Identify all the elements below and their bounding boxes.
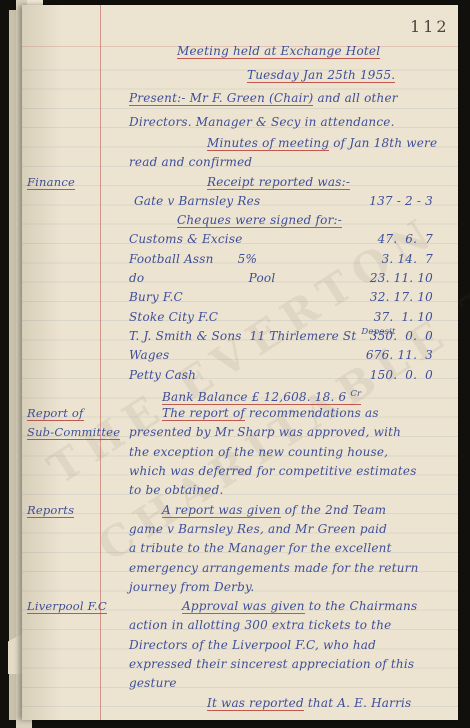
ledger-row: do Pool23. 11. 10: [25, 269, 447, 288]
ledger-amount: 3. 14. 7: [382, 250, 433, 269]
reports-line-row: a tribute to the Manager for the excelle…: [25, 539, 447, 558]
reports-rest: of the 2nd Team: [281, 503, 387, 517]
subcommittee-line: which was deferred for competitive estim…: [129, 464, 417, 478]
ledger-payee: T. J. Smith & Sons 11 Thirlemere St: [129, 329, 356, 343]
margin-label-reports: Reports: [27, 503, 74, 518]
subcommittee-line-row: to be obtained.: [25, 481, 447, 500]
margin-label-liverpool-fc: Liverpool F.C: [27, 599, 107, 614]
page-number: 112: [410, 17, 450, 37]
reports-line: emergency arrangements made for the retu…: [129, 561, 419, 575]
ledger-amount: 23. 11. 10: [370, 269, 433, 288]
liverpool-rest: to the Chairmans: [305, 599, 418, 613]
ledger-row: Wages676. 11. 3: [25, 346, 447, 365]
cheques-heading-row: Cheques were signed for:-: [25, 211, 447, 230]
ledger-payee: Petty Cash: [129, 368, 196, 382]
ledger-payee: Stoke City F.C: [129, 310, 218, 324]
subcommittee-lead: The report of: [162, 406, 245, 421]
ledger-payee: do Pool: [129, 271, 275, 285]
subcommittee-line: to be obtained.: [129, 483, 224, 497]
gate-amount: 137 - 2 - 3: [369, 192, 433, 211]
subcommittee-row-1: Report of The report of recommendations …: [25, 404, 447, 423]
meeting-title: Meeting held at Exchange Hotel: [177, 44, 380, 59]
reports-line: game v Barnsley Res, and Mr Green paid: [129, 522, 387, 536]
ledger-amount: 32. 17. 10: [370, 288, 433, 307]
ledger-row: T. J. Smith & Sons 11 Thirlemere StDepos…: [25, 327, 447, 346]
ledger-amount: 676. 11. 3: [366, 346, 433, 365]
meeting-date: Tuesday Jan 25th 1955.: [247, 68, 395, 83]
meeting-date-row: Tuesday Jan 25th 1955.: [25, 64, 447, 88]
ledger-payee: Football Assn 5%: [129, 252, 257, 266]
reports-line-row: emergency arrangements made for the retu…: [25, 559, 447, 578]
minutes-rest: of Jan 18th were: [329, 136, 437, 150]
subcommittee-paragraph: the exception of the new counting house,…: [25, 443, 447, 501]
ledger-row: Bury F.C32. 17. 10: [25, 288, 447, 307]
present-lead: Present:- Mr F. Green (Chair): [129, 91, 313, 106]
closing-row: It was reported that A. E. Harris: [25, 694, 447, 713]
minutes-confirmed-row-2: read and confirmed: [25, 153, 447, 172]
closing-rest: that A. E. Harris: [304, 696, 412, 710]
ledger-amount: 47. 6. 7: [378, 230, 433, 249]
reports-row-1: Reports A report was given of the 2nd Te…: [25, 501, 447, 520]
liverpool-paragraph: action in allotting 300 extra tickets to…: [25, 616, 447, 693]
margin-label-report-of: Report of: [27, 406, 84, 421]
book-scan-background: THE EVERTON CHARITABLE TRUST 112 Meeting…: [0, 0, 470, 728]
ledger-amount: 350. 0. 0: [370, 327, 433, 346]
closing-lead: It was reported: [207, 696, 304, 711]
liverpool-line: expressed their sincerest appreciation o…: [129, 657, 414, 671]
receipts-heading-row: Finance Receipt reported was:-: [25, 173, 447, 192]
subcommittee-line-row: the exception of the new counting house,: [25, 443, 447, 462]
bank-balance: Bank Balance £ 12,608. 18. 6: [162, 390, 350, 404]
present-row: Present:- Mr F. Green (Chair) and all ot…: [25, 87, 447, 111]
gate-label: Gate v Barnsley Res: [134, 194, 260, 208]
liverpool-lead: Approval was given: [182, 599, 305, 614]
ledger-row: Petty Cash150. 0. 0: [25, 366, 447, 385]
minutes-content: Meeting held at Exchange Hotel Tuesday J…: [25, 40, 447, 713]
attendance-row: Directors. Manager & Secy in attendance.: [25, 111, 447, 135]
reports-paragraph: game v Barnsley Res, and Mr Green paid a…: [25, 520, 447, 597]
liverpool-row-1: Liverpool F.C Approval was given to the …: [25, 597, 447, 616]
liverpool-line-row: gesture: [25, 674, 447, 693]
minute-book-page: THE EVERTON CHARITABLE TRUST 112 Meeting…: [22, 5, 458, 720]
minutes-confirmed-row: Minutes of meeting of Jan 18th were: [25, 134, 447, 153]
subcommittee-row-2: Sub-Committee presented by Mr Sharp was …: [25, 423, 447, 442]
reports-lead: A report was given: [162, 503, 281, 518]
balance-cr-mark: Cr: [350, 389, 361, 399]
liverpool-line-row: expressed their sincerest appreciation o…: [25, 655, 447, 674]
subcommittee-line: the exception of the new counting house,: [129, 445, 388, 459]
liverpool-line-row: Directors of the Liverpool F.C, who had: [25, 636, 447, 655]
liverpool-line: gesture: [129, 676, 177, 690]
liverpool-line: action in allotting 300 extra tickets to…: [129, 618, 391, 632]
cheque-ledger: Customs & Excise47. 6. 7 Football Assn 5…: [25, 230, 447, 384]
minutes-cont: read and confirmed: [129, 155, 252, 169]
present-rest: and all other: [313, 91, 397, 105]
liverpool-line: Directors of the Liverpool F.C, who had: [129, 638, 376, 652]
margin-label-sub-committee: Sub-Committee: [27, 425, 120, 440]
ledger-row: Customs & Excise47. 6. 7: [25, 230, 447, 249]
ledger-payee: Customs & Excise: [129, 232, 243, 246]
ledger-amount: 150. 0. 0: [370, 366, 433, 385]
gate-receipt-row: Gate v Barnsley Res137 - 2 - 3: [25, 192, 447, 211]
meeting-title-row: Meeting held at Exchange Hotel: [25, 40, 447, 64]
ledger-payee: Wages: [129, 348, 169, 362]
ledger-payee: Bury F.C: [129, 290, 183, 304]
subcommittee-rest: recommendations as: [245, 406, 379, 420]
reports-line: journey from Derby.: [129, 580, 254, 594]
reports-line-row: game v Barnsley Res, and Mr Green paid: [25, 520, 447, 539]
margin-label-finance: Finance: [27, 175, 75, 190]
attendance-line: Directors. Manager & Secy in attendance.: [129, 115, 395, 129]
cheques-heading: Cheques were signed for:-: [177, 213, 342, 228]
liverpool-line-row: action in allotting 300 extra tickets to…: [25, 616, 447, 635]
subcommittee-line: presented by Mr Sharp was approved, with: [129, 425, 401, 439]
reports-line: a tribute to the Manager for the excelle…: [129, 541, 392, 555]
reports-line-row: journey from Derby.: [25, 578, 447, 597]
subcommittee-line-row: which was deferred for competitive estim…: [25, 462, 447, 481]
receipts-heading: Receipt reported was:-: [207, 175, 350, 190]
minutes-lead: Minutes of meeting: [207, 136, 329, 151]
bank-balance-row: Bank Balance £ 12,608. 18. 6 Cr: [25, 385, 447, 404]
ledger-row: Football Assn 5%3. 14. 7: [25, 250, 447, 269]
